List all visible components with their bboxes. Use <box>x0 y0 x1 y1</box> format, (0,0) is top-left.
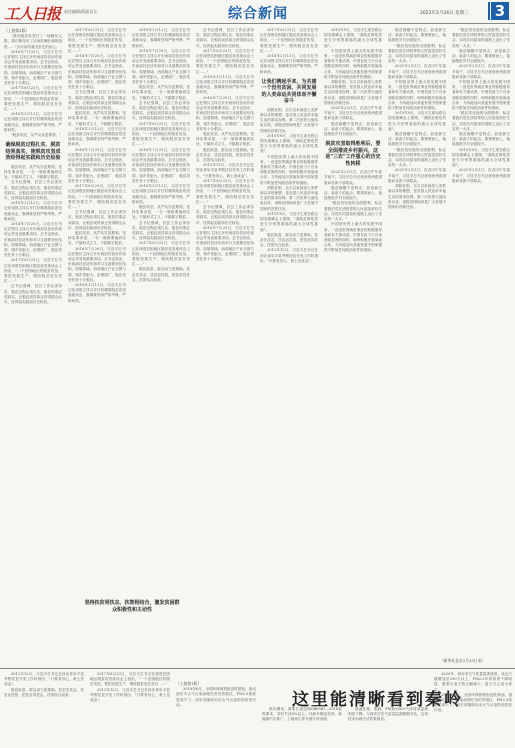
paragraph: 总书记强调，扶贫工作必须务实，脱贫过程必须扎实，脱贫结果必须真实，让脱贫成效真正… <box>196 28 254 49</box>
column-2: 2017年6月23日，习近平总书记在深度贫困地区脱贫攻坚座谈会上指出，"一个贫困… <box>68 28 126 668</box>
paragraph: 脱贫摘帽不是终点，而是新生活、新奋斗的起点。要乘势而上，接续推进乡村全面振兴。 <box>388 132 446 148</box>
paragraph: 2018年2月12日，习近平总书记在成都主持召开打好精准脱贫攻坚战座谈会，强调要… <box>68 283 126 304</box>
paragraph: "脱贫攻坚战的全面胜利，标志着我们党在团结带领人民创造美好生活、实现共同富裕的道… <box>324 201 382 222</box>
paragraph: 2016年7月20日，习近平总书记在银川主持召开东西部扶贫协作座谈会并发表重要讲… <box>4 50 62 86</box>
paragraph: 2012年12月，习近平总书记在河北省阜平县考察扶贫开发工作时指出，"只要有信心… <box>4 672 84 688</box>
column-4: 总书记强调，扶贫工作必须务实，脱贫过程必须扎实，脱贫结果必须真实，让脱贫成效真正… <box>196 28 254 668</box>
paragraph: 脱贫摘帽不是终点，而是新生活、新奋斗的起点。要乘势而上，接续推进乡村全面振兴。 <box>452 49 510 65</box>
continued-lead: （上接第2版） <box>4 28 62 33</box>
paragraph: 总书记强调，扶贫工作必须务实，脱贫过程必须扎实，脱贫结果必须真实，让脱贫成效真正… <box>4 284 62 305</box>
paragraph: 2015年9月，习近平主席在联合国发展峰会上强调，"消除贫困依然是当今世界面临的… <box>452 148 510 169</box>
paragraph: 2021年2月3日，在农历牛年春节前夕，习近平总书记来到贵州看望慰问各族干部群众… <box>452 168 510 184</box>
paragraph: "脱贫攻坚，从严从实是要领。" <box>4 133 62 138</box>
paragraph: 2018年2月12日，习近平总书记在成都主持召开打好精准脱贫攻坚战座谈会，强调要… <box>260 54 318 75</box>
paragraph: 脱贫摘帽不是终点，而是新生活、新奋斗的起点。要乘势而上，接续推进乡村全面振兴。 <box>452 132 510 148</box>
paragraph: 2016年7月20日，习近平总书记在银川主持召开东西部扶贫协作座谈会并发表重要讲… <box>196 226 254 262</box>
paragraph: 2021年2月3日，在农历牛年春节前夕，习近平总书记来到贵州看望慰问各族干部群众… <box>324 170 382 186</box>
headline-rural-revitalization: 脱贫攻坚取得胜利后，要全面推进乡村振兴，这是"三农"工作重心的历史性转移 <box>324 141 382 167</box>
issue-date: 2021年2月24日 星期三 <box>420 10 468 16</box>
paragraph: 泄漏处理，脱硝、PM和VOCs气体排放量都明显下降。与西安市空气质量监测数据对比… <box>348 707 428 723</box>
paragraph: 脱贫攻坚，从严从实是要领。坚持实事求是，一分一厘都要落到实处，不搞形式主义，不搞… <box>132 205 190 221</box>
paragraph: 2016年7月20日，习近平总书记在银川主持召开东西部扶贫协作座谈会并发表重要讲… <box>132 148 190 184</box>
paragraph: 2015年9月，习近平主席在联合国发展峰会上强调，"消除贫困依然是当今世界面临的… <box>260 134 318 155</box>
paragraph: 2012年12月，习近平总书记在河北省阜平县考察扶贫开发工作时指出，"只要有信心… <box>260 248 318 264</box>
paragraph: 中国是世界上最大的发展中国家，一直是世界减贫事业的积极倡导者和有力推动者。中国在… <box>324 49 382 80</box>
logo-subtitle: 责任编辑/版面设计 <box>64 9 97 15</box>
paragraph: 2018年2月12日，习近平总书记在成都主持召开打好精准脱贫攻坚战座谈会，强调要… <box>132 184 190 205</box>
paragraph: 2021年2月3日，在农历牛年春节前夕，习近平总书记来到贵州看望慰问各族干部群众… <box>388 64 446 80</box>
bottom-column-1: 2012年12月，习近平总书记在河北省阜平县考察扶贫开发工作时指出，"只要有信心… <box>4 672 84 746</box>
page-number: 3 <box>491 2 509 20</box>
paragraph: 2020年，西安市空气质量显著改善，优良天数增加至250天以上，PM2.5年均浓… <box>434 672 512 693</box>
paragraph: 脱贫攻坚，从严从实是要领。坚持实事求是，一分一厘都要落到实处，不搞形式主义，不搞… <box>132 85 190 101</box>
paragraph: 中国是世界上最大的发展中国家，一直是世界减贫事业的积极倡导者和有力推动者。中国在… <box>388 80 446 111</box>
paragraph: 脱贫攻坚，从严从实是要领。坚持实事求是，一分一厘都要落到实处，不搞形式主义，不搞… <box>68 231 126 247</box>
column-1: （上接第2版） "我们脱贫攻坚打了一场硬仗大胜，我们都经历了这场波澜壮阔的战役…… <box>4 28 62 668</box>
paragraph: 2018年2月12日，习近平总书记在成都主持召开打好精准脱贫攻坚战座谈会，强调要… <box>68 127 126 148</box>
bottom-story: 2012年12月，习近平总书记在河北省阜平县考察扶贫开发工作时指出，"只要有信心… <box>0 668 515 748</box>
paragraph: 2016年7月20日，习近平总书记在银川主持召开东西部扶贫协作座谈会并发表重要讲… <box>196 96 254 132</box>
paragraph: "脱贫攻坚战的全面胜利，标志着我们党在团结带领人民创造美好生活、实现共同富裕的道… <box>452 111 510 132</box>
paragraph: 脱贫攻坚，从严从实是要领。坚持实事求是，一分一厘都要落到实处，不搞形式主义，不搞… <box>68 111 126 127</box>
paragraph: 2018年2月12日，习近平总书记在成都主持召开打好精准脱贫攻坚战座谈会，强调要… <box>4 201 62 222</box>
paragraph: "脱贫攻坚战的全面胜利，标志着我们党在团结带领人民创造美好生活、实现共同富裕的道… <box>452 28 510 49</box>
paragraph: 脱贫致富，群众动力是基础。扶贫先扶志，扶贫必扶智，把扶贫同扶志、扶智结合起来。 <box>196 148 254 164</box>
paragraph: 2017年6月23日，习近平总书记在深度贫困地区脱贫攻坚座谈会上指出，"一个贫困… <box>68 28 126 54</box>
paragraph: 脱贫攻坚，从严从实是要领。坚持实事求是，一分一厘都要落到实处，不搞形式主义，不搞… <box>196 132 254 148</box>
paragraph: 2017年6月23日，习近平总书记在深度贫困地区脱贫攻坚座谈会上指出，"一个贫困… <box>132 241 190 267</box>
paragraph: 总书记强调，扶贫工作必须务实，脱贫过程必须扎实，脱贫结果必须真实，让脱贫成效真正… <box>132 221 190 242</box>
bottom-column-3: （上接第1版） 2018年6月，全国环保督察组进驻陕西，指出西安市大气污染治理任… <box>176 681 256 747</box>
paragraph: 2018年2月12日，习近平总书记在成都主持召开打好精准脱贫攻坚战座谈会，强调要… <box>196 75 254 96</box>
paragraph: 脱贫致富，群众动力是基础。扶贫先扶志，扶贫必扶智，把扶贫同扶志、扶智结合起来。 <box>260 233 318 249</box>
newspaper-logo: 工人日报 <box>4 3 60 24</box>
section-title: 综合新闻 <box>228 3 288 23</box>
paragraph: 2018年2月12日，习近平总书记在成都主持召开打好精准脱贫攻坚战座谈会，强调要… <box>4 112 62 133</box>
paragraph: 中国是世界上最大的发展中国家，一直是世界减贫事业的积极倡导者和有力推动者。中国在… <box>260 155 318 186</box>
bottom-continued-lead: （上接第1版） <box>176 681 256 686</box>
paragraph: 脱贫致富，群众动力是基础。扶贫先扶志，扶贫必扶智，把扶贫同扶志、扶智结合起来。 <box>4 688 84 698</box>
dateline-closing: （新华社北京2月23日电） <box>440 658 485 664</box>
column-8: "脱贫攻坚战的全面胜利，标志着我们党在团结带领人民创造美好生活、实现共同富裕的道… <box>452 28 510 650</box>
paragraph: 消除贫困，自古以来就是人类梦寐以求的理想，是各国人民追求幸福生活的基本权利。第二… <box>324 80 382 106</box>
paragraph: 2012年12月，习近平总书记在河北省阜平县考察扶贫开发工作时指出，"只要有信心… <box>196 163 254 179</box>
paragraph: 2021年2月3日，在农历牛年春节前夕，习近平总书记来到贵州看望慰问各族干部群众… <box>452 64 510 80</box>
paragraph: 2017年6月23日，习近平总书记在深度贫困地区脱贫攻坚座谈会上指出，"一个贫困… <box>196 49 254 75</box>
column-5: 2017年6月23日，习近平总书记在深度贫困地区脱贫攻坚座谈会上指出，"一个贫困… <box>260 28 318 668</box>
paragraph: 总书记强调，扶贫工作必须务实，脱贫过程必须扎实，脱贫结果必须真实，让脱贫成效真正… <box>4 180 62 201</box>
bottom-column-4: 都市圈里，重要长途达到GB6947—2018标准要求，同时节油5%以上。对新车燃… <box>262 707 342 747</box>
paragraph: 2017年6月23日，习近平总书记在深度贫困地区脱贫攻坚座谈会上指出，"一个贫困… <box>4 86 62 112</box>
headline-motivation-and-wisdom: 坚持扶贫同扶志、扶智相结合，激发贫困群众积极性和主动性 <box>84 600 180 613</box>
paragraph: 2016年7月20日，习近平总书记在银川主持召开东西部扶贫协作座谈会并发表重要讲… <box>68 54 126 90</box>
paragraph: 脱贫摘帽不是终点，而是新生活、新奋斗的起点。要乘势而上，接续推进乡村全面振兴。 <box>388 28 446 44</box>
bottom-column-6: 2020年，西安市空气质量显著改善，优良天数增加至250天以上，PM2.5年均浓… <box>434 672 512 746</box>
paragraph: 2017年6月23日，习近平总书记在深度贫困地区脱贫攻坚座谈会上指出，"一个贫困… <box>260 28 318 54</box>
paragraph: 2017年6月23日，习近平总书记在深度贫困地区脱贫攻坚座谈会上指出，"一个贫困… <box>90 672 170 688</box>
paragraph: 中国是世界上最大的发展中国家，一直是世界减贫事业的积极倡导者和有力推动者。中国在… <box>324 222 382 253</box>
paragraph: 消除贫困，自古以来就是人类梦寐以求的理想，是各国人民追求幸福生活的基本权利。第二… <box>388 184 446 210</box>
column-3: 2018年2月12日，习近平总书记在成都主持召开打好精准脱贫攻坚战座谈会，强调要… <box>132 28 190 668</box>
column-7: 脱贫摘帽不是终点，而是新生活、新奋斗的起点。要乘势而上，接续推进乡村全面振兴。 … <box>388 28 446 658</box>
paragraph: 2021年2月3日，在农历牛年春节前夕，习近平总书记来到贵州看望慰问各族干部群众… <box>388 168 446 184</box>
paragraph: 2018年2月12日，习近平总书记在成都主持召开打好精准脱贫攻坚战座谈会，强调要… <box>132 28 190 49</box>
bottom-column-2: 2017年6月23日，习近平总书记在深度贫困地区脱贫攻坚座谈会上指出，"一个贫困… <box>90 672 170 746</box>
bottom-column-5: 泄漏处理，脱硝、PM和VOCs气体排放量都明显下降。与西安市空气质量监测数据对比… <box>348 707 428 747</box>
paragraph: 2017年6月23日，习近平总书记在深度贫困地区脱贫攻坚座谈会上指出，"一个贫困… <box>196 179 254 205</box>
paragraph: 总书记强调，扶贫工作必须务实，脱贫过程必须扎实，脱贫结果必须真实，让脱贫成效真正… <box>196 205 254 226</box>
paragraph: "脱贫攻坚战的全面胜利，标志着我们党在团结带领人民创造美好生活、实现共同富裕的道… <box>388 148 446 169</box>
paragraph: 2017年6月23日，习近平总书记在深度贫困地区脱贫攻坚座谈会上指出，"一个贫困… <box>68 184 126 210</box>
paragraph: 2015年9月，习近平主席在联合国发展峰会上强调，"消除贫困依然是当今世界面临的… <box>324 28 382 49</box>
paragraph: 脱贫攻坚，从严从实是要领。坚持实事求是，一分一厘都要落到实处，不搞形式主义，不搞… <box>4 165 62 181</box>
paragraph: 2015年9月，习近平主席在联合国发展峰会上强调，"消除贫困依然是当今世界面临的… <box>260 212 318 233</box>
paragraph: "我们脱贫攻坚打了一场硬仗大胜，我们都经历了这场波澜壮阔的战役……"这句话传递出… <box>4 34 62 50</box>
paragraph: 总书记强调，扶贫工作必须务实，脱贫过程必须扎实，脱贫结果必须真实，让脱贫成效真正… <box>132 101 190 122</box>
paragraph: 中国是世界上最大的发展中国家，一直是世界减贫事业的积极倡导者和有力推动者。中国在… <box>452 80 510 111</box>
paragraph: 脱贫摘帽不是终点，而是新生活、新奋斗的起点。要乘势而上，接续推进乡村全面振兴。 <box>324 186 382 202</box>
column-6: 2015年9月，习近平主席在联合国发展峰会上强调，"消除贫困依然是当今世界面临的… <box>324 28 382 668</box>
paragraph: 2017年6月23日，习近平总书记在深度贫困地区脱贫攻坚座谈会上指出，"一个贫困… <box>4 258 62 284</box>
paragraph: 2016年7月20日，习近平总书记在银川主持召开东西部扶贫协作座谈会并发表重要讲… <box>4 222 62 258</box>
article-columns: （上接第2版） "我们脱贫攻坚打了一场硬仗大胜，我们都经历了这场波澜壮阔的战役…… <box>4 28 512 668</box>
paragraph: 2018年6月，全国环保督察组进驻陕西，指出西安市大气污染治理任务仍然艰巨，PM… <box>434 693 512 714</box>
paragraph: 都市圈里，重要长途达到GB6947—2018标准要求，同时节油5%以上。对新车燃… <box>262 707 342 723</box>
paragraph: 2017年6月23日，习近平总书记在深度贫困地区脱贫攻坚座谈会上指出，"一个贫困… <box>132 122 190 148</box>
paragraph: 2016年7月20日，习近平总书记在银川主持召开东西部扶贫协作座谈会并发表重要讲… <box>68 148 126 184</box>
paragraph: 2021年2月3日，在农历牛年春节前夕，习近平总书记来到贵州看望慰问各族干部群众… <box>324 106 382 122</box>
headline-community-of-shared-future: 让我们携起手来，为共建一个没有贫困、共同发展的人类命运共同体而不懈奋斗 <box>260 79 318 105</box>
paragraph: 2016年7月20日，习近平总书记在银川主持召开东西部扶贫协作座谈会并发表重要讲… <box>68 247 126 283</box>
paragraph: 总书记强调，扶贫工作必须务实，脱贫过程必须扎实，脱贫结果必须真实，让脱贫成效真正… <box>68 210 126 231</box>
paragraph: 总书记强调，扶贫工作必须务实，脱贫过程必须扎实，脱贫结果必须真实，让脱贫成效真正… <box>68 90 126 111</box>
paragraph: 2015年9月，习近平主席在联合国发展峰会上强调，"消除贫困依然是当今世界面临的… <box>388 111 446 132</box>
paragraph: 消除贫困，自古以来就是人类梦寐以求的理想，是各国人民追求幸福生活的基本权利。第二… <box>260 186 318 212</box>
paragraph: 2012年12月，习近平总书记在河北省阜平县考察扶贫开发工作时指出，"只要有信心… <box>90 688 170 704</box>
masthead: 工人日报 责任编辑/版面设计 综合新闻 2021年2月24日 星期三 3 <box>0 0 515 24</box>
paragraph: 消除贫困，自古以来就是人类梦寐以求的理想，是各国人民追求幸福生活的基本权利。第二… <box>260 108 318 134</box>
paragraph: 脱贫致富，群众动力是基础。扶贫先扶志，扶贫必扶智，把扶贫同扶志、扶智结合起来。 <box>132 267 190 283</box>
paragraph: 脱贫摘帽不是终点，而是新生活、新奋斗的起点。要乘势而上，接续推进乡村全面振兴。 <box>324 122 382 138</box>
headline-rigorous-poverty-alleviation: 确保脱贫过程扎实、脱贫结果真实，使脱贫攻坚成效经得起实践和历史检验 <box>4 142 62 162</box>
paragraph: "脱贫攻坚战的全面胜利，标志着我们党在团结带领人民创造美好生活、实现共同富裕的道… <box>388 44 446 65</box>
paragraph: 2018年6月，全国环保督察组进驻陕西，指出西安市大气污染治理任务仍然艰巨，PM… <box>176 687 256 708</box>
headline-3-block: 坚持扶贫同扶志、扶智相结合，激发贫困群众积极性和主动性 <box>84 596 180 616</box>
paragraph: 2016年7月20日，习近平总书记在银川主持召开东西部扶贫协作座谈会并发表重要讲… <box>132 49 190 85</box>
